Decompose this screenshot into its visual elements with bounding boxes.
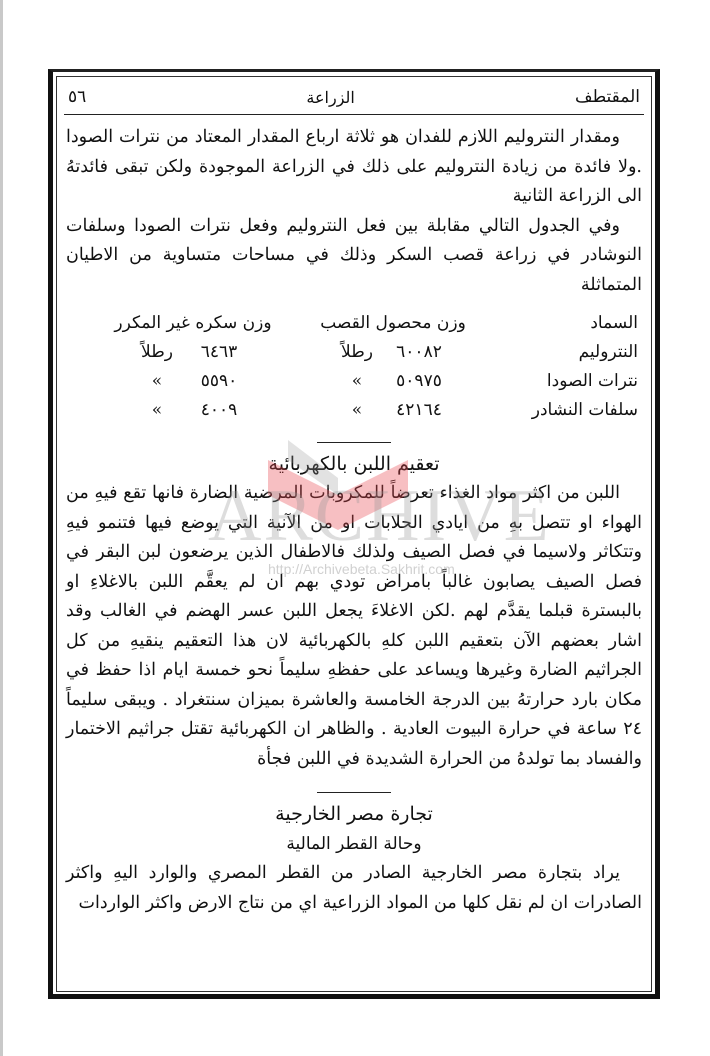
fertilizer-name: النتروليم xyxy=(488,342,642,362)
section-divider xyxy=(317,442,391,443)
section-divider xyxy=(317,792,391,793)
sugar-weight: ٥٥٩٠ xyxy=(191,371,247,391)
running-head: المقتطف الزراعة ٥٦ xyxy=(64,80,644,115)
header-sugar-weight: وزن سكره غير المكرر xyxy=(88,313,298,333)
scan-edge xyxy=(0,0,3,1056)
journal-page: المقتطف الزراعة ٥٦ ومقدار النتروليم اللا… xyxy=(66,80,642,918)
fertilizer-comparison-table: السماد وزن محصول القصب وزن سكره غير المك… xyxy=(66,308,642,424)
sugar-weight: ٦٤٦٣ xyxy=(191,342,247,362)
cane-weight: ٤٢١٦٤ xyxy=(391,400,447,420)
table-row: نترات الصودا ٥٠٩٧٥» ٥٥٩٠» xyxy=(66,366,642,395)
cane-unit: رطلاً xyxy=(339,342,375,362)
table-header-row: السماد وزن محصول القصب وزن سكره غير المك… xyxy=(66,308,642,337)
sugar-unit: رطلاً xyxy=(139,342,175,362)
paragraph-nitrolim-quantity: ومقدار النتروليم اللازم للفدان هو ثلاثة … xyxy=(66,123,642,212)
sugar-unit: » xyxy=(139,400,175,420)
fertilizer-name: سلفات النشادر xyxy=(488,400,642,420)
page-number: ٥٦ xyxy=(68,87,86,107)
cane-unit: » xyxy=(339,371,375,391)
sugar-weight: ٤٠٠٩ xyxy=(191,400,247,420)
paragraph-table-intro: وفي الجدول التالي مقابلة بين فعل النترول… xyxy=(66,212,642,301)
paragraph-milk-sterilization: اللبن من اكثر مواد الغذاء تعرضاً للمكروب… xyxy=(66,479,642,774)
cane-weight: ٥٠٩٧٥ xyxy=(391,371,447,391)
fertilizer-name: نترات الصودا xyxy=(488,371,642,391)
table-row: سلفات النشادر ٤٢١٦٤» ٤٠٠٩» xyxy=(66,395,642,424)
cane-unit: » xyxy=(339,400,375,420)
header-fertilizer: السماد xyxy=(488,313,642,333)
section-name: الزراعة xyxy=(306,88,354,107)
section-subtitle-finance: وحالة القطر المالية xyxy=(66,829,642,859)
table-row: النتروليم ٦٠٠٨٢رطلاً ٦٤٦٣رطلاً xyxy=(66,337,642,366)
section-title-milk: تعقيم اللبن بالكهربائية xyxy=(66,449,642,479)
section-title-trade: تجارة مصر الخارجية xyxy=(66,799,642,829)
journal-name: المقتطف xyxy=(575,87,640,107)
header-cane-weight: وزن محصول القصب xyxy=(298,313,488,333)
paragraph-foreign-trade: يراد بتجارة مصر الخارجية الصادر من القطر… xyxy=(66,859,642,918)
cane-weight: ٦٠٠٨٢ xyxy=(391,342,447,362)
sugar-unit: » xyxy=(139,371,175,391)
